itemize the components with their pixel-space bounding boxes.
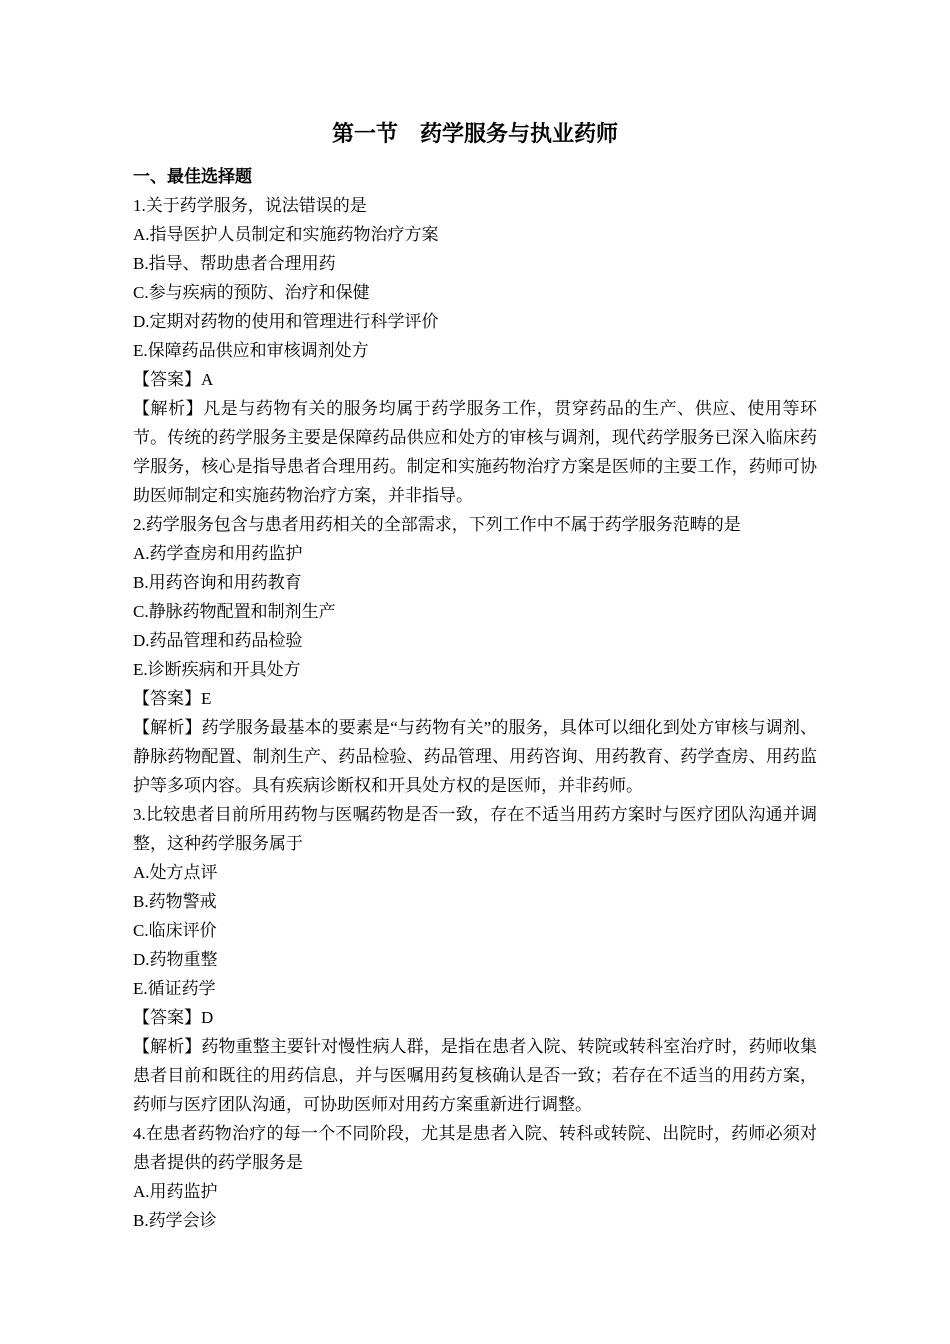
analysis-label: 【解析】 xyxy=(133,1037,201,1056)
section-heading: 一、最佳选择题 xyxy=(133,162,817,191)
option-line: A.处方点评 xyxy=(133,858,817,887)
answer-value: D xyxy=(201,1008,213,1027)
option-line: C.静脉药物配置和制剂生产 xyxy=(133,597,817,626)
analysis-text: 药物重整主要针对慢性病人群，是指在患者入院、转院或转科室治疗时，药师收集患者目前… xyxy=(133,1037,817,1114)
analysis-text: 药学服务最基本的要素是“与药物有关”的服务，具体可以细化到处方审核与调剂、静脉药… xyxy=(133,718,817,795)
option-line: B.指导、帮助患者合理用药 xyxy=(133,249,817,278)
page-title: 第一节 药学服务与执业药师 xyxy=(133,118,817,150)
option-line: B.药学会诊 xyxy=(133,1206,817,1235)
option-line: A.指导医护人员制定和实施药物治疗方案 xyxy=(133,220,817,249)
analysis-paragraph: 【解析】凡是与药物有关的服务均属于药学服务工作，贯穿药品的生产、供应、使用等环节… xyxy=(133,394,817,510)
question-block: 3.比较患者目前所用药物与医嘱药物是否一致，存在不适当用药方案时与医疗团队沟通并… xyxy=(133,800,817,1119)
question-block: 1.关于药学服务，说法错误的是 A.指导医护人员制定和实施药物治疗方案B.指导、… xyxy=(133,191,817,510)
question-block: 4.在患者药物治疗的每一个不同阶段，尤其是患者入院、转科或转院、出院时，药师必须… xyxy=(133,1119,817,1235)
option-line: E.保障药品供应和审核调剂处方 xyxy=(133,336,817,365)
analysis-paragraph: 【解析】药学服务最基本的要素是“与药物有关”的服务，具体可以细化到处方审核与调剂… xyxy=(133,713,817,800)
option-line: C.参与疾病的预防、治疗和保健 xyxy=(133,278,817,307)
analysis-label: 【解析】 xyxy=(133,718,202,737)
question-stem: 2.药学服务包含与患者用药相关的全部需求，下列工作中不属于药学服务范畴的是 xyxy=(133,510,817,539)
option-line: B.用药咨询和用药教育 xyxy=(133,568,817,597)
question-block: 2.药学服务包含与患者用药相关的全部需求，下列工作中不属于药学服务范畴的是 A.… xyxy=(133,510,817,800)
answer-line: 【答案】E xyxy=(133,684,817,713)
question-options: A.药学查房和用药监护B.用药咨询和用药教育C.静脉药物配置和制剂生产D.药品管… xyxy=(133,539,817,684)
answer-label: 【答案】 xyxy=(133,689,201,708)
answer-line: 【答案】A xyxy=(133,365,817,394)
answer-label: 【答案】 xyxy=(133,1008,201,1027)
question-stem: 4.在患者药物治疗的每一个不同阶段，尤其是患者入院、转科或转院、出院时，药师必须… xyxy=(133,1119,817,1177)
option-line: D.药品管理和药品检验 xyxy=(133,626,817,655)
answer-label: 【答案】 xyxy=(133,370,201,389)
question-options: A.指导医护人员制定和实施药物治疗方案B.指导、帮助患者合理用药C.参与疾病的预… xyxy=(133,220,817,365)
answer-value: E xyxy=(201,689,211,708)
analysis-paragraph: 【解析】药物重整主要针对慢性病人群，是指在患者入院、转院或转科室治疗时，药师收集… xyxy=(133,1032,817,1119)
question-stem: 3.比较患者目前所用药物与医嘱药物是否一致，存在不适当用药方案时与医疗团队沟通并… xyxy=(133,800,817,858)
document-page: 第一节 药学服务与执业药师 一、最佳选择题 1.关于药学服务，说法错误的是 A.… xyxy=(0,0,950,1344)
option-line: B.药物警戒 xyxy=(133,887,817,916)
option-line: D.定期对药物的使用和管理进行科学评价 xyxy=(133,307,817,336)
analysis-label: 【解析】 xyxy=(133,399,203,418)
analysis-text: 凡是与药物有关的服务均属于药学服务工作，贯穿药品的生产、供应、使用等环节。传统的… xyxy=(133,399,817,505)
question-options: A.处方点评B.药物警戒C.临床评价D.药物重整E.循证药学 xyxy=(133,858,817,1003)
answer-line: 【答案】D xyxy=(133,1003,817,1032)
option-line: E.循证药学 xyxy=(133,974,817,1003)
question-options: A.用药监护B.药学会诊 xyxy=(133,1177,817,1235)
option-line: D.药物重整 xyxy=(133,945,817,974)
answer-value: A xyxy=(201,370,213,389)
option-line: A.用药监护 xyxy=(133,1177,817,1206)
questions: 1.关于药学服务，说法错误的是 A.指导医护人员制定和实施药物治疗方案B.指导、… xyxy=(133,191,817,1235)
question-stem: 1.关于药学服务，说法错误的是 xyxy=(133,191,817,220)
option-line: E.诊断疾病和开具处方 xyxy=(133,655,817,684)
option-line: A.药学查房和用药监护 xyxy=(133,539,817,568)
option-line: C.临床评价 xyxy=(133,916,817,945)
